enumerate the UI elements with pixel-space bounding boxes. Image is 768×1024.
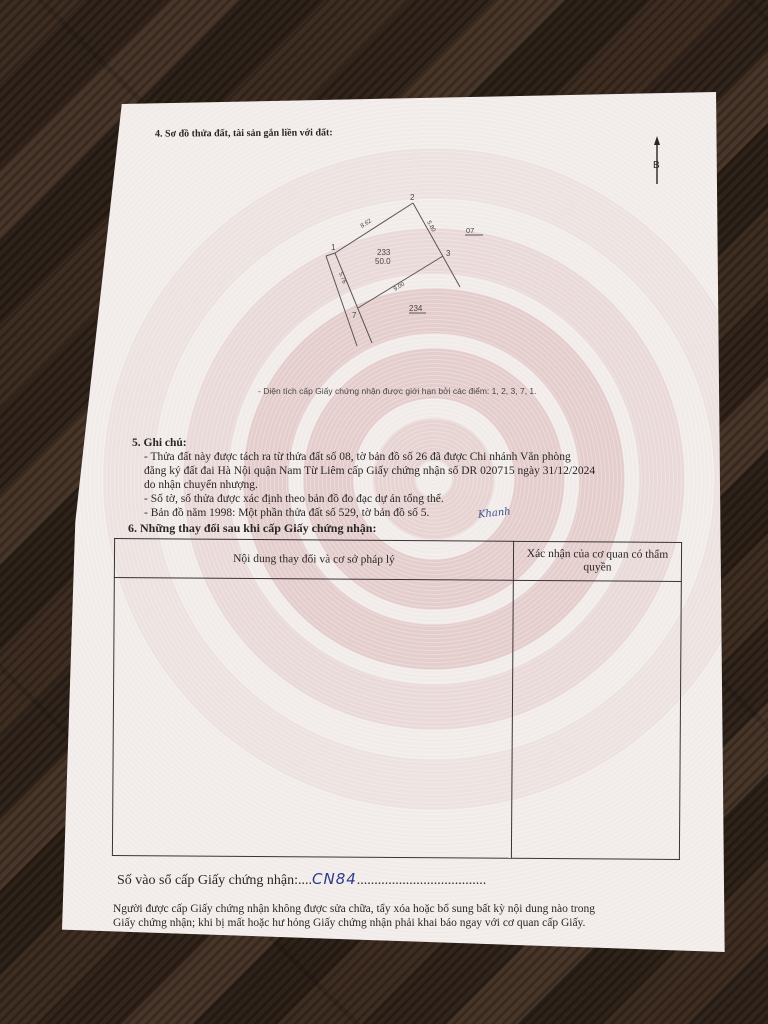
warning-line: Giấy chứng nhận; khi bị mất hoặc hư hỏng… xyxy=(113,916,713,930)
point-1: 1 xyxy=(331,243,336,252)
parcel-diagram: 1 2 3 7 233 50.0 07 234 8.62 5.80 9.00 5… xyxy=(300,180,500,350)
registration-label: Số vào sổ cấp Giấy chứng nhận: xyxy=(117,873,298,888)
note-line: - Thửa đất này được tách ra từ thửa đất … xyxy=(132,450,692,464)
registration-number: CN84 xyxy=(312,870,357,888)
section5-notes: 5. Ghi chú: - Thửa đất này được tách ra … xyxy=(132,436,692,520)
note-line: - Số tờ, số thửa được xác định theo bản … xyxy=(132,492,692,506)
note-line: đăng ký đất đai Hà Nội quận Nam Từ Liêm … xyxy=(132,464,692,478)
changes-table: Nội dung thay đổi và cơ sở pháp lý Xác n… xyxy=(112,538,682,860)
neighbor-parcel-07: 07 xyxy=(466,226,474,235)
north-label: B xyxy=(653,160,660,171)
note-line: - Bản đồ năm 1998: Một phần thửa đất số … xyxy=(132,506,692,520)
table-header-row: Nội dung thay đổi và cơ sở pháp lý Xác n… xyxy=(114,539,681,582)
section4-title: 4. Sơ đồ thửa đất, tài sản gắn liền với … xyxy=(155,127,333,139)
column-header-authority-confirmation: Xác nhận của cơ quan có thẩm quyền xyxy=(513,541,681,581)
column-header-change-content: Nội dung thay đổi và cơ sở pháp lý xyxy=(114,539,513,581)
leader-dots: .... xyxy=(298,873,312,888)
area-note: - Diện tích cấp Giấy chứng nhận được giớ… xyxy=(258,386,537,396)
registration-number-line: Số vào sổ cấp Giấy chứng nhận:....CN84..… xyxy=(117,870,486,889)
point-2: 2 xyxy=(410,193,415,202)
warning-notice: Người được cấp Giấy chứng nhận không đượ… xyxy=(113,902,713,930)
table-row-empty xyxy=(112,578,681,860)
warning-line: Người được cấp Giấy chứng nhận không đượ… xyxy=(113,902,713,916)
parcel-area: 50.0 xyxy=(375,257,391,266)
edge-7-1-length: 5.76 xyxy=(337,272,347,286)
section5-title: 5. Ghi chú: xyxy=(132,436,692,450)
section6-title: 6. Những thay đổi sau khi cấp Giấy chứng… xyxy=(128,521,376,536)
parcel-id: 233 xyxy=(377,248,391,257)
edge-1-2-length: 8.62 xyxy=(360,218,374,230)
point-7: 7 xyxy=(352,311,357,320)
change-content-cell xyxy=(112,578,513,859)
point-3: 3 xyxy=(446,249,451,258)
neighbor-parcel-234: 234 xyxy=(409,304,423,313)
north-arrow-icon: B xyxy=(650,136,664,186)
note-line: do nhận chuyển nhượng. xyxy=(132,478,692,492)
certificate-content: 4. Sơ đồ thửa đất, tài sản gắn liền với … xyxy=(0,0,768,1024)
authority-confirmation-cell xyxy=(511,580,681,859)
edge-3-7-length: 9.00 xyxy=(393,281,407,292)
leader-dots: ..................................... xyxy=(357,873,487,888)
